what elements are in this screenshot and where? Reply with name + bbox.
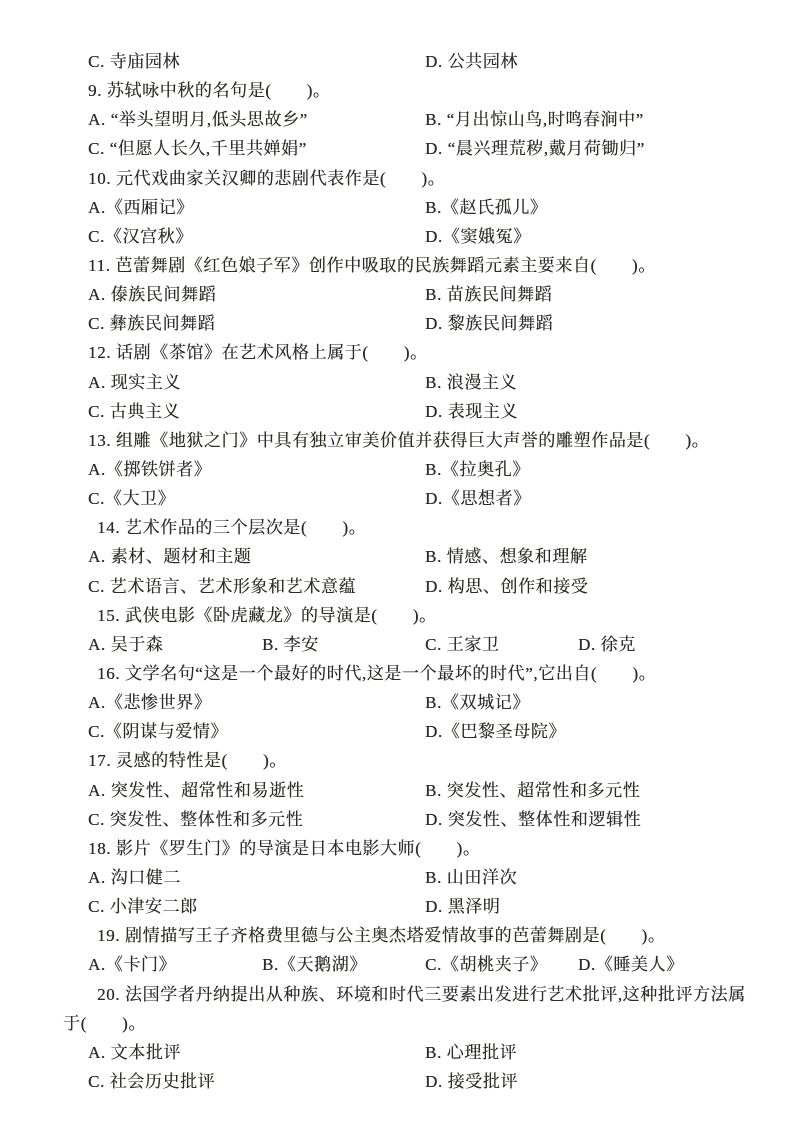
option-a: A.《西厢记》 [88, 193, 194, 222]
option-b: B.《赵氏孤儿》 [425, 193, 547, 222]
options-row: A. 傣族民间舞蹈B. 苗族民间舞蹈 [0, 280, 800, 309]
options-row: A. 吴于森B. 李安C. 王家卫D. 徐克 [0, 630, 800, 659]
options-row: C.《大卫》D.《思想者》 [0, 484, 800, 513]
option-c: C. 艺术语言、艺术形象和艺术意蕴 [88, 572, 356, 601]
question-text: 11. 芭蕾舞剧《红色娘子军》创作中吸取的民族舞蹈元素主要来自( )。 [88, 251, 656, 280]
question-12-line: 12. 话剧《茶馆》在艺术风格上属于( )。 [0, 338, 800, 367]
option-c: C.《阴谋与爱情》 [88, 717, 228, 746]
options-row: A. 沟口健二B. 山田洋次 [0, 863, 800, 892]
question-18-line: 18. 影片《罗生门》的导演是日本电影大师( )。 [0, 834, 800, 863]
option-b: B.《天鹅湖》 [262, 950, 367, 979]
option-a: A. “举头望明月,低头思故乡” [88, 105, 308, 134]
option-b: B.《拉奥孔》 [425, 455, 530, 484]
option-d: D. 表现主义 [425, 397, 518, 426]
question-10-line: 10. 元代戏曲家关汉卿的悲剧代表作是( )。 [0, 164, 800, 193]
option-b: B. 浪漫主义 [425, 368, 517, 397]
question-9-line: 9. 苏轼咏中秋的名句是( )。 [0, 76, 800, 105]
option-d: D.《睡美人》 [578, 950, 684, 979]
option-d: D. 接受批评 [425, 1067, 518, 1096]
options-row: A.《卡门》B.《天鹅湖》C.《胡桃夹子》D.《睡美人》 [0, 950, 800, 979]
option-b: B. “月出惊山鸟,时鸣春涧中” [425, 105, 644, 134]
options-row: C. 社会历史批评D. 接受批评 [0, 1067, 800, 1096]
question-16-line: 16. 文学名句“这是一个最好的时代,这是一个最坏的时代”,它出自( )。 [0, 659, 800, 688]
option-a: A.《卡门》 [88, 950, 176, 979]
option-d: D. 突发性、整体性和逻辑性 [425, 805, 641, 834]
option-a: A.《掷铁饼者》 [88, 455, 211, 484]
question-14-line: 14. 艺术作品的三个层次是( )。 [0, 513, 800, 542]
option-a: A. 现实主义 [88, 368, 181, 397]
question-text: 13. 组雕《地狱之门》中具有独立审美价值并获得巨大声誉的雕塑作品是( )。 [88, 426, 709, 455]
option-c: C. 王家卫 [425, 630, 499, 659]
option-c: C. 小津安二郎 [88, 892, 198, 921]
question-text: 16. 文学名句“这是一个最好的时代,这是一个最坏的时代”,它出自( )。 [97, 659, 656, 688]
option-c: C.《汉宫秋》 [88, 222, 193, 251]
question-text: 14. 艺术作品的三个层次是( )。 [97, 513, 366, 542]
option-b: B. 突发性、超常性和多元性 [425, 776, 640, 805]
options-row: C.《阴谋与爱情》D.《巴黎圣母院》 [0, 717, 800, 746]
options-row: A. 突发性、超常性和易逝性B. 突发性、超常性和多元性 [0, 776, 800, 805]
options-row: C. 小津安二郎D. 黑泽明 [0, 892, 800, 921]
question-17-line: 17. 灵感的特性是( )。 [0, 746, 800, 775]
question-text: 10. 元代戏曲家关汉卿的悲剧代表作是( )。 [88, 164, 445, 193]
option-a: A. 吴于森 [88, 630, 163, 659]
exam-sheet: C. 寺庙园林D. 公共园林9. 苏轼咏中秋的名句是( )。A. “举头望明月,… [0, 0, 800, 1145]
option-d: D. 黑泽明 [425, 892, 500, 921]
option-c: C. 彝族民间舞蹈 [88, 309, 215, 338]
option-d: D. 构思、创作和接受 [425, 572, 588, 601]
options-row: C.《汉宫秋》D.《窦娥冤》 [0, 222, 800, 251]
option-c: C. 社会历史批评 [88, 1067, 215, 1096]
question-19-line: 19. 剧情描写王子齐格费里德与公主奥杰塔爱情故事的芭蕾舞剧是( )。 [0, 921, 800, 950]
options-row: A.《西厢记》B.《赵氏孤儿》 [0, 193, 800, 222]
options-row: A. “举头望明月,低头思故乡”B. “月出惊山鸟,时鸣春涧中” [0, 105, 800, 134]
option-b: B. 心理批评 [425, 1038, 517, 1067]
option-b: B. 苗族民间舞蹈 [425, 280, 552, 309]
option-b: B. 情感、想象和理解 [425, 542, 587, 571]
question-11-line: 11. 芭蕾舞剧《红色娘子军》创作中吸取的民族舞蹈元素主要来自( )。 [0, 251, 800, 280]
option-c: C. 寺庙园林 [88, 47, 180, 76]
option-a: A. 突发性、超常性和易逝性 [88, 776, 304, 805]
option-d: D. 公共园林 [425, 47, 518, 76]
option-c: C. “但愿人长久,千里共婵娟” [88, 134, 307, 163]
option-d: D. 黎族民间舞蹈 [425, 309, 553, 338]
options-row: A.《掷铁饼者》B.《拉奥孔》 [0, 455, 800, 484]
option-d: D. 徐克 [578, 630, 636, 659]
question-text: 12. 话剧《茶馆》在艺术风格上属于( )。 [88, 338, 428, 367]
option-b: B.《双城记》 [425, 688, 530, 717]
question-continuation-text: 于( )。 [63, 1009, 146, 1038]
question-text: 19. 剧情描写王子齐格费里德与公主奥杰塔爱情故事的芭蕾舞剧是( )。 [97, 921, 665, 950]
question-13-line: 13. 组雕《地狱之门》中具有独立审美价值并获得巨大声誉的雕塑作品是( )。 [0, 426, 800, 455]
options-row: C. 突发性、整体性和多元性D. 突发性、整体性和逻辑性 [0, 805, 800, 834]
question-20-continuation-line: 于( )。 [0, 1009, 800, 1038]
options-row: A.《悲惨世界》B.《双城记》 [0, 688, 800, 717]
option-d: D.《思想者》 [425, 484, 531, 513]
question-text: 9. 苏轼咏中秋的名句是( )。 [88, 76, 331, 105]
option-a: A.《悲惨世界》 [88, 688, 211, 717]
option-d: D. “晨兴理荒秽,戴月荷锄归” [425, 134, 645, 163]
option-c: C. 古典主义 [88, 397, 180, 426]
options-row: C. 寺庙园林D. 公共园林 [0, 47, 800, 76]
question-text: 17. 灵感的特性是( )。 [88, 746, 287, 775]
option-c: C.《大卫》 [88, 484, 175, 513]
option-a: A. 沟口健二 [88, 863, 181, 892]
options-row: C. 彝族民间舞蹈D. 黎族民间舞蹈 [0, 309, 800, 338]
options-row: C. 艺术语言、艺术形象和艺术意蕴D. 构思、创作和接受 [0, 572, 800, 601]
option-c: C. 突发性、整体性和多元性 [88, 805, 303, 834]
option-b: B. 李安 [262, 630, 319, 659]
options-row: A. 素材、题材和主题B. 情感、想象和理解 [0, 542, 800, 571]
option-b: B. 山田洋次 [425, 863, 517, 892]
option-a: A. 文本批评 [88, 1038, 181, 1067]
option-c: C.《胡桃夹子》 [425, 950, 547, 979]
options-row: A. 文本批评B. 心理批评 [0, 1038, 800, 1067]
option-d: D.《窦娥冤》 [425, 222, 531, 251]
question-text: 18. 影片《罗生门》的导演是日本电影大师( )。 [88, 834, 480, 863]
options-row: C. 古典主义D. 表现主义 [0, 397, 800, 426]
option-d: D.《巴黎圣母院》 [425, 717, 566, 746]
question-text: 20. 法国学者丹纳提出从种族、环境和时代三要素出发进行艺术批评,这种批评方法属 [97, 980, 746, 1009]
question-15-line: 15. 武侠电影《卧虎藏龙》的导演是( )。 [0, 601, 800, 630]
question-text: 15. 武侠电影《卧虎藏龙》的导演是( )。 [97, 601, 437, 630]
question-20-line: 20. 法国学者丹纳提出从种族、环境和时代三要素出发进行艺术批评,这种批评方法属 [0, 980, 800, 1009]
option-a: A. 傣族民间舞蹈 [88, 280, 216, 309]
option-a: A. 素材、题材和主题 [88, 542, 251, 571]
options-row: C. “但愿人长久,千里共婵娟”D. “晨兴理荒秽,戴月荷锄归” [0, 134, 800, 163]
options-row: A. 现实主义B. 浪漫主义 [0, 368, 800, 397]
